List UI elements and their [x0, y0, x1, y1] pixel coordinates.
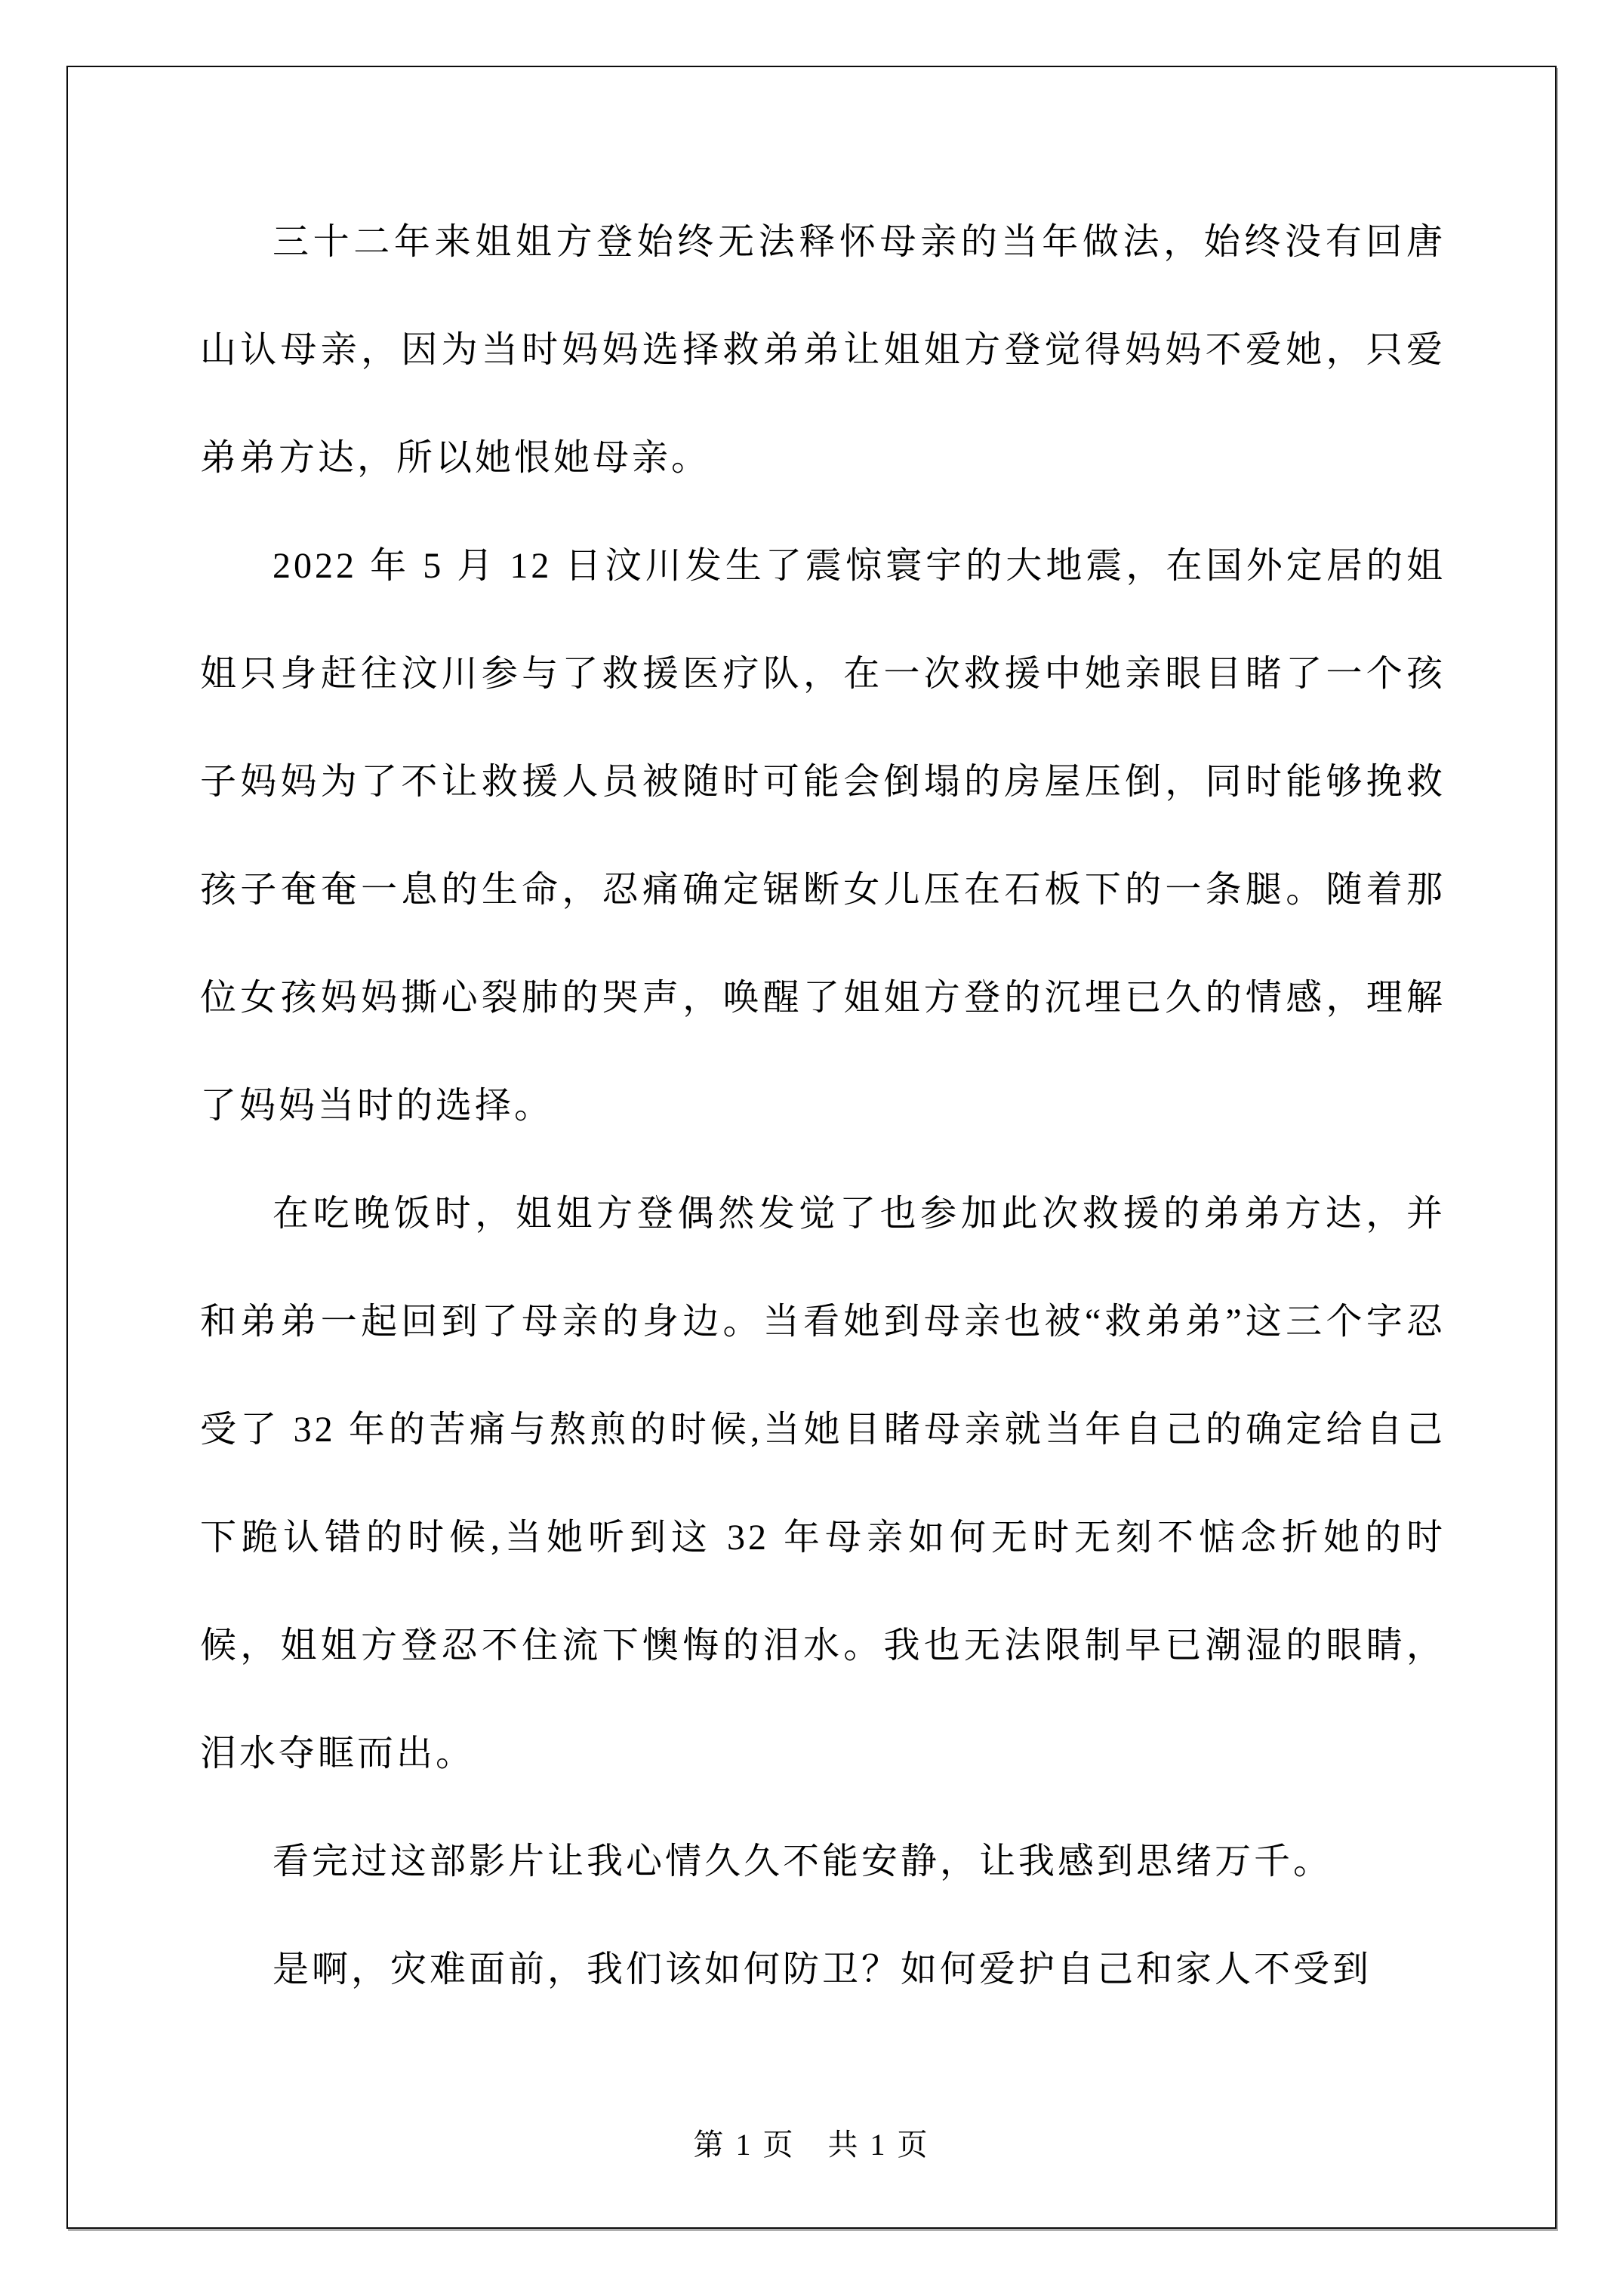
document-page: 三十二年来姐姐方登始终无法释怀母亲的当年做法，始终没有回唐山认母亲，因为当时妈妈…: [0, 0, 1623, 2296]
document-body: 三十二年来姐姐方登始终无法释怀母亲的当年做法，始终没有回唐山认母亲，因为当时妈妈…: [200, 188, 1446, 2023]
paragraph: 2022 年 5 月 12 日汶川发生了震惊寰宇的大地震，在国外定居的姐姐只身赶…: [200, 512, 1446, 1160]
page-border: 三十二年来姐姐方登始终无法释怀母亲的当年做法，始终没有回唐山认母亲，因为当时妈妈…: [66, 66, 1557, 2229]
page-footer: 第 1 页 共 1 页: [68, 2121, 1555, 2164]
paragraph: 三十二年来姐姐方登始终无法释怀母亲的当年做法，始终没有回唐山认母亲，因为当时妈妈…: [200, 188, 1446, 512]
paragraph: 看完过这部影片让我心情久久不能安静，让我感到思绪万千。: [200, 1808, 1446, 1915]
paragraph: 在吃晚饭时，姐姐方登偶然发觉了也参加此次救援的弟弟方达，并和弟弟一起回到了母亲的…: [200, 1160, 1446, 1808]
paragraph: 是啊，灾难面前，我们该如何防卫？如何爱护自己和家人不受到: [200, 1915, 1446, 2023]
